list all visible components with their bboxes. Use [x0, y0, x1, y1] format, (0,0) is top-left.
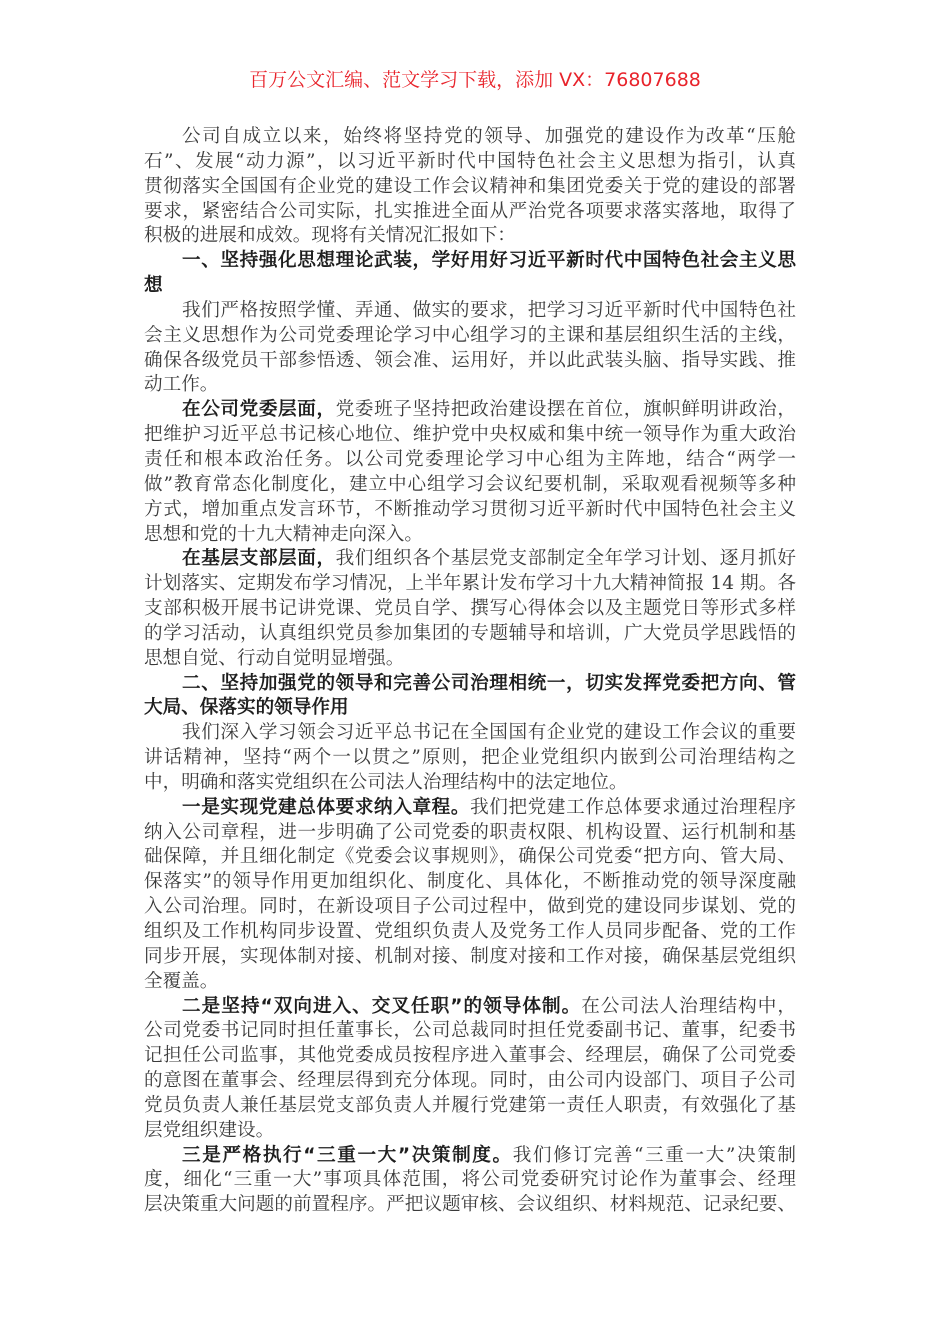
- text-line: 党员负责人兼任基层党支部负责人并履行党建第一责任人职责，有效强化了基: [144, 1094, 796, 1119]
- text-line: 组织及工作机构同步设置、党组织负责人及党务工作人员同步配备、党的工作: [144, 920, 796, 945]
- text-run: 我们修订完善“三重一大”决策制: [513, 1145, 796, 1166]
- text-line: 度，细化“三重一大”事项具体范围，将公司党委研究讨论作为董事会、经理: [144, 1168, 796, 1193]
- text-line: 同步开展，实现体制对接、机制对接、制度对接和工作对接，确保基层党组织: [144, 945, 796, 970]
- text-line: 二是坚持“双向进入、交叉任职”的领导体制。在公司法人治理结构中，: [144, 995, 796, 1020]
- text-line: 思想和党的十九大精神走向深入。: [144, 523, 796, 548]
- text-run: 我们把党建工作总体要求通过治理程序: [470, 797, 796, 818]
- text-line: 方式，增加重点发言环节，不断推动学习贯彻习近平新时代中国特色社会主义: [144, 498, 796, 523]
- text-line: 我们严格按照学懂、弄通、做实的要求，把学习习近平新时代中国特色社: [144, 299, 796, 324]
- text-line: 贯彻落实全国国有企业党的建设工作会议精神和集团党委关于党的建设的部署: [144, 175, 796, 200]
- intro-paragraph: 公司自成立以来，始终将坚持党的领导、加强党的建设作为改革“压舱 石”、发展“动力…: [144, 125, 796, 249]
- text-line: 思想自觉、行动自觉明显增强。: [144, 647, 796, 672]
- body-paragraph: 在公司党委层面，党委班子坚持把政治建设摆在首位，旗帜鲜明讲政治， 把维护习近平总…: [144, 398, 796, 547]
- lead-phrase: 一是实现党建总体要求纳入章程。: [182, 797, 470, 818]
- body-paragraph: 我们严格按照学懂、弄通、做实的要求，把学习习近平新时代中国特色社 会主义思想作为…: [144, 299, 796, 398]
- section-heading-2: 二、坚持加强党的领导和完善公司治理相统一，切实发挥党委把方向、管 大局、保落实的…: [144, 672, 796, 722]
- text-line: 的学习活动，认真组织党员参加集团的专题辅导和培训，广大党员学思践悟的: [144, 622, 796, 647]
- lead-phrase: 在基层支部层面，: [182, 548, 336, 569]
- text-line: 纳入公司章程，进一步明确了公司党委的职责权限、机构设置、运行机制和基: [144, 821, 796, 846]
- text-line: 积极的进展和成效。现将有关情况汇报如下：: [144, 224, 796, 249]
- text-line: 中，明确和落实党组织在公司法人治理结构中的法定地位。: [144, 771, 796, 796]
- section-heading-1: 一、坚持强化思想理论武装，学好用好习近平新时代中国特色社会主义思 想: [144, 249, 796, 299]
- document-page: 百万公文汇编、范文学习下载，添加 VX：76807688 公司自成立以来，始终将…: [0, 0, 950, 1344]
- text-line: 做”教育常态化制度化，建立中心组学习会议纪要机制，采取观看视频等多种: [144, 473, 796, 498]
- text-line: 计划落实、定期发布学习情况，上半年累计发布学习十九大精神简报 14 期。各: [144, 572, 796, 597]
- text-line: 的意图在董事会、经理层得到充分体现。同时，由公司内设部门、项目子公司: [144, 1069, 796, 1094]
- lead-phrase: 三是严格执行“三重一大”决策制度。: [182, 1145, 513, 1166]
- text-run: 党委班子坚持把政治建设摆在首位，旗帜鲜明讲政治，: [336, 399, 796, 420]
- text-line: 保落实”的领导作用更加组织化、制度化、具体化，不断推动党的领导深度融: [144, 870, 796, 895]
- text-run: 在公司法人治理结构中，: [581, 996, 796, 1017]
- text-line: 层党组织建设。: [144, 1119, 796, 1144]
- text-line: 全覆盖。: [144, 970, 796, 995]
- text-line: 公司自成立以来，始终将坚持党的领导、加强党的建设作为改革“压舱: [144, 125, 796, 150]
- body-paragraph: 在基层支部层面，我们组织各个基层党支部制定全年学习计划、逐月抓好 计划落实、定期…: [144, 547, 796, 671]
- lead-phrase: 在公司党委层面，: [182, 399, 336, 420]
- lead-phrase: 二是坚持“双向进入、交叉任职”的领导体制。: [182, 996, 581, 1017]
- promo-banner: 百万公文汇编、范文学习下载，添加 VX：76807688: [0, 66, 950, 94]
- heading-line: 大局、保落实的领导作用: [144, 696, 796, 721]
- text-line: 础保障，并且细化制定《党委会议事规则》，确保公司党委“把方向、管大局、: [144, 845, 796, 870]
- body-paragraph: 三是严格执行“三重一大”决策制度。我们修订完善“三重一大”决策制 度，细化“三重…: [144, 1144, 796, 1219]
- text-line: 石”、发展“动力源”，以习近平新时代中国特色社会主义思想为指引，认真: [144, 150, 796, 175]
- text-line: 要求，紧密结合公司实际，扎实推进全面从严治党各项要求落实落地，取得了: [144, 200, 796, 225]
- text-line: 支部积极开展书记讲党课、党员自学、撰写心得体会以及主题党日等形式多样: [144, 597, 796, 622]
- text-line: 责任和根本政治任务。以公司党委理论学习中心组为主阵地，结合“两学一: [144, 448, 796, 473]
- text-line: 在基层支部层面，我们组织各个基层党支部制定全年学习计划、逐月抓好: [144, 547, 796, 572]
- document-body: 公司自成立以来，始终将坚持党的领导、加强党的建设作为改革“压舱 石”、发展“动力…: [144, 125, 796, 1218]
- body-paragraph: 我们深入学习领会习近平总书记在全国国有企业党的建设工作会议的重要 讲话精神，坚持…: [144, 721, 796, 796]
- heading-line: 想: [144, 274, 796, 299]
- text-line: 记担任公司监事，其他党委成员按程序进入董事会、经理层，确保了公司党委: [144, 1044, 796, 1069]
- text-line: 我们深入学习领会习近平总书记在全国国有企业党的建设工作会议的重要: [144, 721, 796, 746]
- body-paragraph: 二是坚持“双向进入、交叉任职”的领导体制。在公司法人治理结构中， 公司党委书记同…: [144, 995, 796, 1144]
- heading-line: 二、坚持加强党的领导和完善公司治理相统一，切实发挥党委把方向、管: [144, 672, 796, 697]
- heading-line: 一、坚持强化思想理论武装，学好用好习近平新时代中国特色社会主义思: [144, 249, 796, 274]
- text-line: 一是实现党建总体要求纳入章程。我们把党建工作总体要求通过治理程序: [144, 796, 796, 821]
- text-line: 动工作。: [144, 373, 796, 398]
- text-line: 公司党委书记同时担任董事长，公司总裁同时担任党委副书记、董事，纪委书: [144, 1019, 796, 1044]
- text-line: 在公司党委层面，党委班子坚持把政治建设摆在首位，旗帜鲜明讲政治，: [144, 398, 796, 423]
- text-line: 入公司治理。同时，在新设项目子公司过程中，做到党的建设同步谋划、党的: [144, 895, 796, 920]
- text-run: 我们组织各个基层党支部制定全年学习计划、逐月抓好: [336, 548, 796, 569]
- body-paragraph: 一是实现党建总体要求纳入章程。我们把党建工作总体要求通过治理程序 纳入公司章程，…: [144, 796, 796, 995]
- text-line: 确保各级党员干部参悟透、领会准、运用好，并以此武装头脑、指导实践、推: [144, 349, 796, 374]
- text-line: 会主义思想作为公司党委理论学习中心组学习的主课和基层组织生活的主线，: [144, 324, 796, 349]
- text-line: 把维护习近平总书记核心地位、维护党中央权威和集中统一领导作为重大政治: [144, 423, 796, 448]
- text-line: 层决策重大问题的前置程序。严把议题审核、会议组织、材料规范、记录纪要、: [144, 1193, 796, 1218]
- text-line: 三是严格执行“三重一大”决策制度。我们修订完善“三重一大”决策制: [144, 1144, 796, 1169]
- text-line: 讲话精神，坚持“两个一以贯之”原则，把企业党组织内嵌到公司治理结构之: [144, 746, 796, 771]
